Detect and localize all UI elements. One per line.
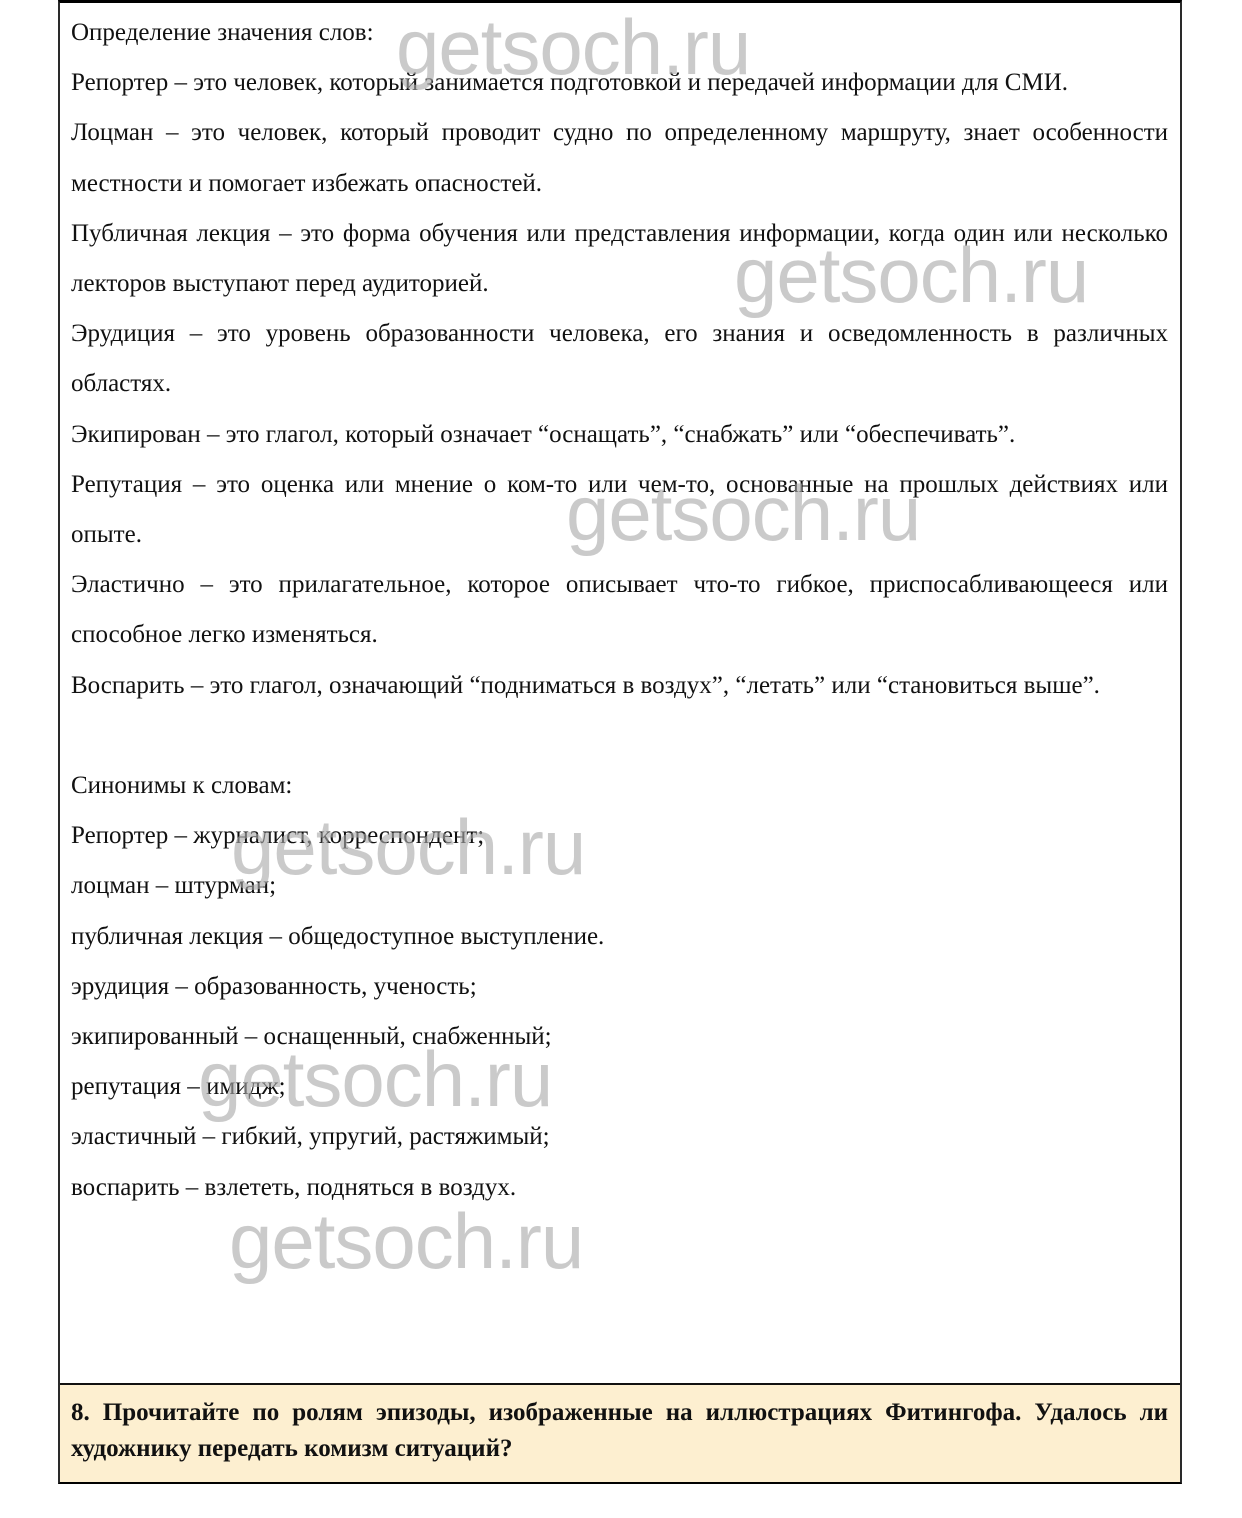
definition-item: Репутация – это оценка или мнение о ком-… [71, 460, 1168, 560]
answer-table: Определение значения слов: Репортер – эт… [58, 0, 1182, 1484]
definition-item: Эластично – это прилагательное, которое … [71, 560, 1168, 660]
synonym-item: эрудиция – образованность, ученость; [71, 962, 1168, 1012]
question-text: 8. Прочитайте по ролям эпизоды, изображе… [71, 1395, 1168, 1467]
synonym-item: экипированный – оснащенный, снабженный; [71, 1012, 1168, 1062]
synonym-item: репутация – имидж; [71, 1062, 1168, 1112]
definition-item: Воспарить – это глагол, означающий “подн… [71, 661, 1168, 711]
synonym-item: лоцман – штурман; [71, 861, 1168, 911]
definition-item: Экипирован – это глагол, который означае… [71, 410, 1168, 460]
synonym-item: эластичный – гибкий, упругий, растяжимый… [71, 1112, 1168, 1162]
definition-item: Репортер – это человек, который занимает… [71, 58, 1168, 108]
question-cell: 8. Прочитайте по ролям эпизоды, изображе… [60, 1383, 1180, 1482]
answer-cell: Определение значения слов: Репортер – эт… [60, 3, 1180, 1383]
synonym-item: публичная лекция – общедоступное выступл… [71, 912, 1168, 962]
definitions-heading: Определение значения слов: [71, 8, 1168, 58]
definition-item: Публичная лекция – это форма обучения ил… [71, 209, 1168, 309]
definition-item: Лоцман – это человек, который проводит с… [71, 108, 1168, 208]
definition-item: Эрудиция – это уровень образованности че… [71, 309, 1168, 409]
spacer [71, 711, 1168, 761]
synonym-item: воспарить – взлететь, подняться в воздух… [71, 1163, 1168, 1213]
synonyms-heading: Синонимы к словам: [71, 761, 1168, 811]
synonym-item: Репортер – журналист, корреспондент; [71, 811, 1168, 861]
